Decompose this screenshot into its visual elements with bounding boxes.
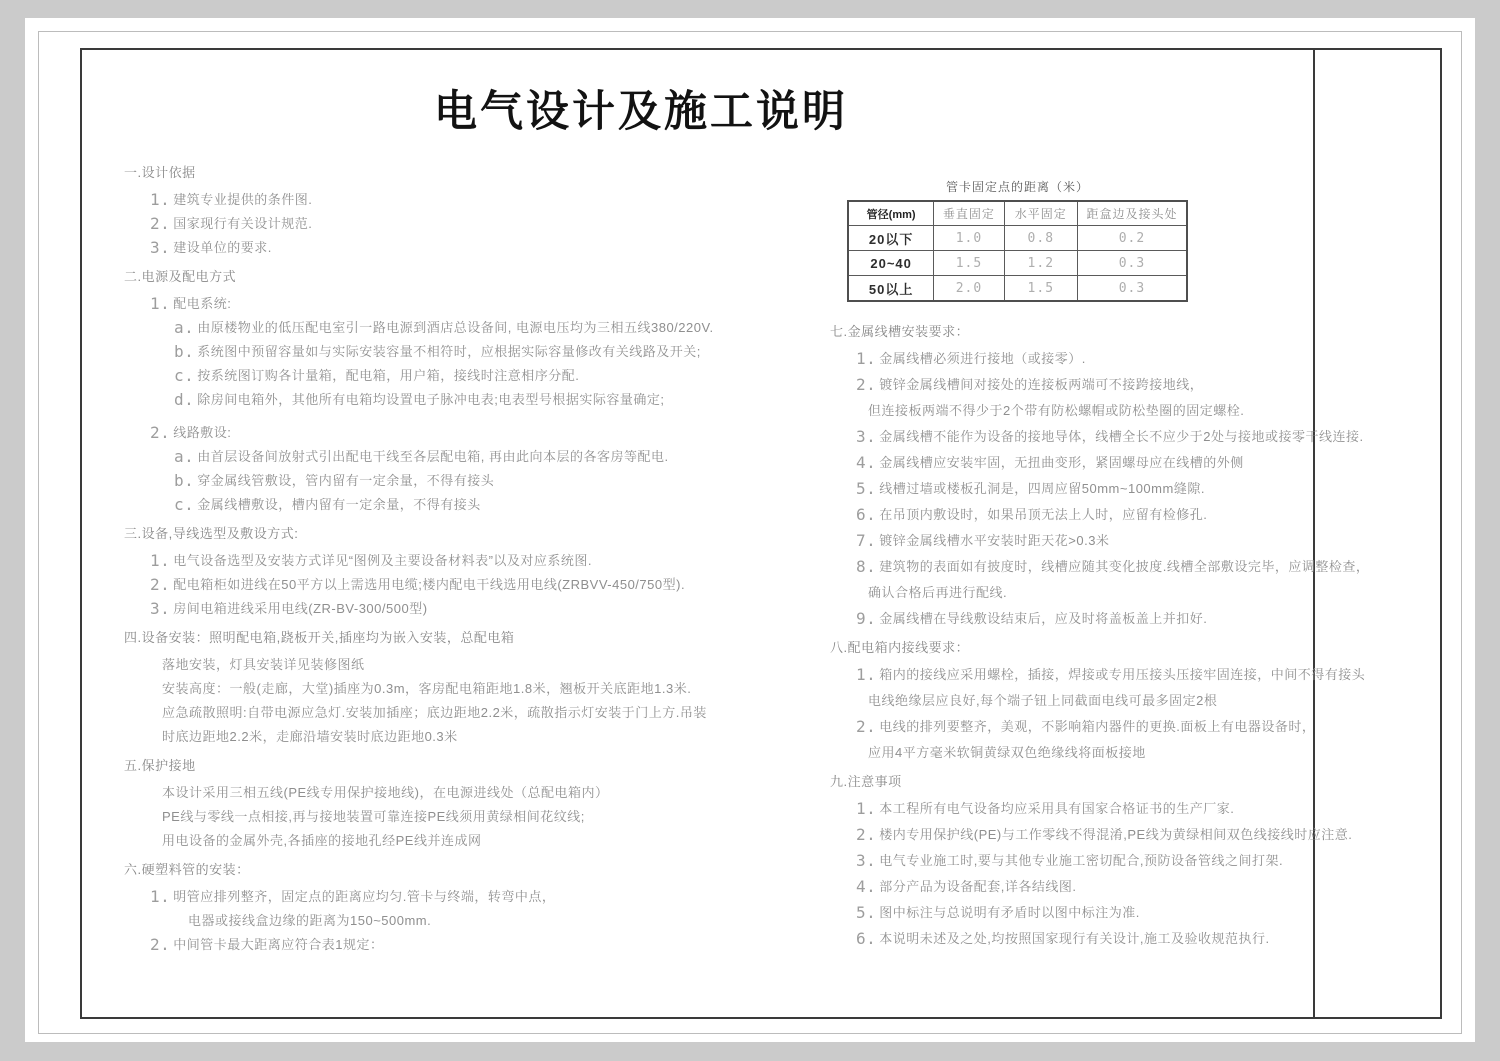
note-text: 图中标注与总说明有矛盾时以图中标注为准. — [879, 905, 1140, 920]
note-line: 应用4平方毫米软铜黄绿双色绝缘线将面板接地 — [868, 745, 1305, 760]
page-title: 电气设计及施工说明 — [434, 78, 848, 139]
note-line: 2.镀锌金属线槽间对接处的连接板两端可不接跨接地线， — [856, 377, 1305, 392]
note-line: 1.本工程所有电气设备均应采用具有国家合格证书的生产厂家. — [856, 801, 1305, 816]
item-number: 2. — [150, 423, 170, 442]
note-text: 国家现行有关设计规范. — [173, 216, 312, 231]
note-text: 用电设备的金属外壳,各插座的接地孔经PE线并连成网 — [162, 833, 481, 848]
item-number: 7. — [856, 531, 876, 550]
note-text: 金属线槽应安装牢固，无扭曲变形，紧固螺母应在线槽的外侧 — [879, 455, 1244, 470]
item-number: 2. — [856, 825, 876, 844]
item-number: 2. — [856, 375, 876, 394]
note-line: 2.电线的排列要整齐，美观，不影响箱内器件的更换.面板上有电器设备时， — [856, 719, 1305, 734]
table-row: 20以下 1.0 0.8 0.2 — [849, 225, 1186, 250]
note-text: 穿金属线管敷设，管内留有一定余量，不得有接头 — [197, 473, 494, 488]
item-number: 1. — [150, 190, 170, 209]
item-number: 6. — [856, 929, 876, 948]
note-text: 时底边距地2.2米，走廊沿墙安装时底边距地0.3米 — [162, 729, 458, 744]
note-text: 镀锌金属线槽间对接处的连接板两端可不接跨接地线， — [879, 377, 1203, 392]
note-text: 中间管卡最大距离应符合表1规定： — [173, 937, 383, 952]
note-line: 2.中间管卡最大距离应符合表1规定： — [150, 937, 794, 952]
section-metal-trunking: 七.金属线槽安装要求： 1.金属线槽必须进行接地（或接零）. 2.镀锌金属线槽间… — [830, 324, 1305, 626]
table-header-row: 管径(mm) 垂直固定 水平固定 距盒边及接头处 — [849, 202, 1186, 225]
note-text: 配电箱柜如进线在50平方以上需选用电缆;楼内配电干线选用电线(ZRBVV-450… — [173, 577, 685, 592]
note-line: 安装高度：一般(走廊，大堂)插座为0.3m，客房配电箱距地1.8米，翘板开关底距… — [162, 681, 794, 696]
item-number: 1. — [856, 799, 876, 818]
note-line: 4.金属线槽应安装牢固，无扭曲变形，紧固螺母应在线槽的外侧 — [856, 455, 1305, 470]
note-text: 建筑专业提供的条件图. — [173, 192, 312, 207]
section-heading: 三.设备,导线选型及敷设方式: — [124, 526, 794, 541]
note-text: 电气专业施工时,要与其他专业施工密切配合,预防设备管线之间打架. — [879, 853, 1283, 868]
note-text: 明管应排列整齐，固定点的距离应均匀.管卡与终端，转弯中点， — [173, 889, 555, 904]
item-number: 6. — [856, 505, 876, 524]
item-number: 2. — [150, 575, 170, 594]
item-number: 3. — [150, 238, 170, 257]
note-line: a.由首层设备间放射式引出配电干线至各层配电箱, 再由此向本层的各客房等配电. — [174, 449, 794, 464]
title-block-divider — [1313, 50, 1315, 1017]
item-number: 1. — [856, 665, 876, 684]
section-heading: 五.保护接地 — [124, 758, 794, 773]
note-line: b.穿金属线管敷设，管内留有一定余量，不得有接头 — [174, 473, 794, 488]
note-text: 系统图中预留容量如与实际安装容量不相符时，应根据实际容量修改有关线路及开关; — [197, 344, 701, 359]
note-text: 金属线槽敷设，槽内留有一定余量，不得有接头 — [197, 497, 481, 512]
note-text: 电气设备选型及安装方式详见“图例及主要设备材料表”以及对应系统图. — [173, 553, 592, 568]
note-line: 2.线路敷设: — [150, 425, 794, 440]
item-number: c. — [174, 495, 194, 514]
note-line: 5.图中标注与总说明有矛盾时以图中标注为准. — [856, 905, 1305, 920]
section-heading: 六.硬塑料管的安装： — [124, 862, 794, 877]
note-text: PE线与零线一点相接,再与接地装置可靠连接PE线须用黄绿相间花纹线; — [162, 809, 585, 824]
section-heading: 七.金属线槽安装要求： — [830, 324, 1305, 339]
item-number: b. — [174, 471, 194, 490]
section-precautions: 九.注意事项 1.本工程所有电气设备均应采用具有国家合格证书的生产厂家. 2.楼… — [830, 774, 1305, 946]
note-text: 安装高度：一般(走廊，大堂)插座为0.3m，客房配电箱距地1.8米，翘板开关底距… — [162, 681, 691, 696]
note-line: 本设计采用三相五线(PE线专用保护接地线)，在电源进线处（总配电箱内） — [162, 785, 794, 800]
table-cell-vertical: 1.5 — [933, 251, 1003, 275]
note-line: 落地安装，灯具安装详见装修图纸 — [162, 657, 794, 672]
note-line: d.除房间电箱外，其他所有电箱均设置电子脉冲电表;电表型号根据实际容量确定; — [174, 392, 794, 407]
item-number: 2. — [856, 717, 876, 736]
note-line: 6.在吊顶内敷设时，如果吊顶无法上人时，应留有检修孔. — [856, 507, 1305, 522]
note-text: 本说明未述及之处,均按照国家现行有关设计,施工及验收规范执行. — [879, 931, 1269, 946]
note-text: 线槽过墙或楼板孔洞是，四周应留50mm~100mm缝隙. — [879, 481, 1205, 496]
item-number: 5. — [856, 903, 876, 922]
item-number: 5. — [856, 479, 876, 498]
item-number: 3. — [856, 851, 876, 870]
note-text: 除房间电箱外，其他所有电箱均设置电子脉冲电表;电表型号根据实际容量确定; — [197, 392, 664, 407]
note-text: 电线的排列要整齐，美观，不影响箱内器件的更换.面板上有电器设备时， — [879, 719, 1315, 734]
table-row: 20~40 1.5 1.2 0.3 — [849, 250, 1186, 275]
item-number: 1. — [150, 294, 170, 313]
note-line: 2.国家现行有关设计规范. — [150, 216, 794, 231]
note-line: 3.房间电箱进线采用电线(ZR-BV-300/500型) — [150, 601, 794, 616]
note-line: 5.线槽过墙或楼板孔洞是，四周应留50mm~100mm缝隙. — [856, 481, 1305, 496]
item-number: 2. — [150, 214, 170, 233]
note-line: 2.配电箱柜如进线在50平方以上需选用电缆;楼内配电干线选用电线(ZRBVV-4… — [150, 577, 794, 592]
left-column: 一.设计依据 1.建筑专业提供的条件图. 2.国家现行有关设计规范. 3.建设单… — [124, 165, 794, 966]
note-text: 部分产品为设备配套,详各结线图. — [879, 879, 1076, 894]
table-cell-horizontal: 0.8 — [1004, 226, 1077, 250]
note-text: 箱内的接线应采用螺栓，插接，焊接或专用压接头压接牢固连接，中间不得有接头 — [879, 667, 1365, 682]
table-cell-diameter: 20~40 — [849, 251, 933, 275]
table-header-cell: 水平固定 — [1004, 202, 1077, 225]
note-text: 电器或接线盒边缘的距离为150~500mm. — [188, 913, 431, 928]
section-equipment-installation: 四.设备安装：照明配电箱,跷板开关,插座均为嵌入安装，总配电箱 落地安装，灯具安… — [124, 630, 794, 744]
note-text: 落地安装，灯具安装详见装修图纸 — [162, 657, 365, 672]
section-power-distribution: 二.电源及配电方式 1.配电系统: a.由原楼物业的低压配电室引一路电源到酒店总… — [124, 269, 794, 512]
pipe-clamp-distance-table: 管卡固定点的距离（米） 管径(mm) 垂直固定 水平固定 距盒边及接头处 20以… — [847, 178, 1188, 302]
section-heading: 二.电源及配电方式 — [124, 269, 794, 284]
note-text: 配电系统: — [173, 296, 231, 311]
table-cell-vertical: 2.0 — [933, 276, 1003, 300]
note-text: 线路敷设: — [173, 425, 231, 440]
note-text: 按系统图订购各计量箱，配电箱，用户箱，接线时注意相序分配. — [197, 368, 579, 383]
table-cell-box-edge: 0.3 — [1077, 276, 1186, 300]
drawing-sheet: 电气设计及施工说明 一.设计依据 1.建筑专业提供的条件图. 2.国家现行有关设… — [25, 18, 1475, 1042]
section-panel-wiring: 八.配电箱内接线要求： 1.箱内的接线应采用螺栓，插接，焊接或专用压接头压接牢固… — [830, 640, 1305, 760]
note-text: 楼内专用保护线(PE)与工作零线不得混淆,PE线为黄绿相间双色线接线时应注意. — [879, 827, 1352, 842]
section-heading: 一.设计依据 — [124, 165, 794, 180]
table-cell-diameter: 50以上 — [849, 276, 933, 300]
section-heading: 四.设备安装：照明配电箱,跷板开关,插座均为嵌入安装，总配电箱 — [124, 630, 794, 645]
note-line: 1.明管应排列整齐，固定点的距离应均匀.管卡与终端，转弯中点， — [150, 889, 794, 904]
table-header-cell: 管径(mm) — [849, 202, 933, 225]
note-text: 但连接板两端不得少于2个带有防松螺帽或防松垫圈的固定螺栓. — [868, 403, 1244, 418]
item-number: a. — [174, 318, 194, 337]
note-line: 时底边距地2.2米，走廊沿墙安装时底边距地0.3米 — [162, 729, 794, 744]
item-number: 1. — [150, 887, 170, 906]
section-heading: 八.配电箱内接线要求： — [830, 640, 1305, 655]
note-text: 建筑物的表面如有披度时，线槽应随其变化披度.线槽全部敷设完毕，应调整检查， — [879, 559, 1369, 574]
table-cell-horizontal: 1.2 — [1004, 251, 1077, 275]
section-rigid-plastic-conduit: 六.硬塑料管的安装： 1.明管应排列整齐，固定点的距离应均匀.管卡与终端，转弯中… — [124, 862, 794, 952]
note-line: 1.箱内的接线应采用螺栓，插接，焊接或专用压接头压接牢固连接，中间不得有接头 — [856, 667, 1305, 682]
item-number: 8. — [856, 557, 876, 576]
note-text: 金属线槽在导线敷设结束后，应及时将盖板盖上并扣好. — [879, 611, 1207, 626]
item-number: 1. — [856, 349, 876, 368]
note-line: 用电设备的金属外壳,各插座的接地孔经PE线并连成网 — [162, 833, 794, 848]
note-text: 房间电箱进线采用电线(ZR-BV-300/500型) — [173, 601, 427, 616]
section-protective-earthing: 五.保护接地 本设计采用三相五线(PE线专用保护接地线)，在电源进线处（总配电箱… — [124, 758, 794, 848]
note-line: 电器或接线盒边缘的距离为150~500mm. — [188, 913, 794, 928]
note-text: 本设计采用三相五线(PE线专用保护接地线)，在电源进线处（总配电箱内） — [162, 785, 609, 800]
note-line: 但连接板两端不得少于2个带有防松螺帽或防松垫圈的固定螺栓. — [868, 403, 1305, 418]
section-equipment-wire-selection: 三.设备,导线选型及敷设方式: 1.电气设备选型及安装方式详见“图例及主要设备材… — [124, 526, 794, 616]
item-number: a. — [174, 447, 194, 466]
note-line: 9.金属线槽在导线敷设结束后，应及时将盖板盖上并扣好. — [856, 611, 1305, 626]
table-cell-box-edge: 0.3 — [1077, 251, 1186, 275]
item-number: 3. — [856, 427, 876, 446]
table-cell-diameter: 20以下 — [849, 226, 933, 250]
note-line: 8.建筑物的表面如有披度时，线槽应随其变化披度.线槽全部敷设完毕，应调整检查， — [856, 559, 1305, 574]
section-design-basis: 一.设计依据 1.建筑专业提供的条件图. 2.国家现行有关设计规范. 3.建设单… — [124, 165, 794, 255]
note-text: 镀锌金属线槽水平安装时距天花>0.3米 — [879, 533, 1109, 548]
table-cell-horizontal: 1.5 — [1004, 276, 1077, 300]
note-line: PE线与零线一点相接,再与接地装置可靠连接PE线须用黄绿相间花纹线; — [162, 809, 794, 824]
note-text: 在吊顶内敷设时，如果吊顶无法上人时，应留有检修孔. — [879, 507, 1207, 522]
note-line: c.按系统图订购各计量箱，配电箱，用户箱，接线时注意相序分配. — [174, 368, 794, 383]
note-line: 1.建筑专业提供的条件图. — [150, 192, 794, 207]
table-row: 50以上 2.0 1.5 0.3 — [849, 275, 1186, 300]
item-number: 3. — [150, 599, 170, 618]
note-text: 建设单位的要求. — [173, 240, 272, 255]
note-line: 1.配电系统: — [150, 296, 794, 311]
note-line: 3.电气专业施工时,要与其他专业施工密切配合,预防设备管线之间打架. — [856, 853, 1305, 868]
note-line: 6.本说明未述及之处,均按照国家现行有关设计,施工及验收规范执行. — [856, 931, 1305, 946]
item-number: 9. — [856, 609, 876, 628]
note-text: 金属线槽必须进行接地（或接零）. — [879, 351, 1086, 366]
table-cell-vertical: 1.0 — [933, 226, 1003, 250]
note-text: 应急疏散照明:自带电源应急灯.安装加插座；底边距地2.2米，疏散指示灯安装于门上… — [162, 705, 707, 720]
note-line: 1.金属线槽必须进行接地（或接零）. — [856, 351, 1305, 366]
note-line: 应急疏散照明:自带电源应急灯.安装加插座；底边距地2.2米，疏散指示灯安装于门上… — [162, 705, 794, 720]
note-line: a.由原楼物业的低压配电室引一路电源到酒店总设备间, 电源电压均为三相五线380… — [174, 320, 794, 335]
item-number: 4. — [856, 877, 876, 896]
table-grid: 管径(mm) 垂直固定 水平固定 距盒边及接头处 20以下 1.0 0.8 0.… — [847, 200, 1188, 302]
table-header-cell: 垂直固定 — [933, 202, 1003, 225]
note-text: 电线绝缘层应良好,每个端子钮上同截面电线可最多固定2根 — [868, 693, 1217, 708]
drawing-frame: 电气设计及施工说明 一.设计依据 1.建筑专业提供的条件图. 2.国家现行有关设… — [80, 48, 1442, 1019]
note-text: 确认合格后再进行配线. — [868, 585, 1007, 600]
table-header-cell: 距盒边及接头处 — [1077, 202, 1186, 225]
item-number: d. — [174, 390, 194, 409]
note-line: 3.建设单位的要求. — [150, 240, 794, 255]
table-cell-box-edge: 0.2 — [1077, 226, 1186, 250]
note-line: c.金属线槽敷设，槽内留有一定余量，不得有接头 — [174, 497, 794, 512]
item-number: b. — [174, 342, 194, 361]
note-text: 由首层设备间放射式引出配电干线至各层配电箱, 再由此向本层的各客房等配电. — [197, 449, 668, 464]
note-line: 3.金属线槽不能作为设备的接地导体，线槽全长不应少于2处与接地或接零干线连接. — [856, 429, 1305, 444]
section-heading: 九.注意事项 — [830, 774, 1305, 789]
item-number: 2. — [150, 935, 170, 954]
item-number: 1. — [150, 551, 170, 570]
note-line: 7.镀锌金属线槽水平安装时距天花>0.3米 — [856, 533, 1305, 548]
note-line: 确认合格后再进行配线. — [868, 585, 1305, 600]
note-line: 2.楼内专用保护线(PE)与工作零线不得混淆,PE线为黄绿相间双色线接线时应注意… — [856, 827, 1305, 842]
note-line: b.系统图中预留容量如与实际安装容量不相符时，应根据实际容量修改有关线路及开关; — [174, 344, 794, 359]
item-number: 4. — [856, 453, 876, 472]
note-text: 本工程所有电气设备均应采用具有国家合格证书的生产厂家. — [879, 801, 1234, 816]
table-title: 管卡固定点的距离（米） — [847, 178, 1188, 195]
item-number: c. — [174, 366, 194, 385]
note-text: 由原楼物业的低压配电室引一路电源到酒店总设备间, 电源电压均为三相五线380/2… — [197, 320, 713, 335]
right-column: 管卡固定点的距离（米） 管径(mm) 垂直固定 水平固定 距盒边及接头处 20以… — [830, 178, 1305, 960]
note-line: 电线绝缘层应良好,每个端子钮上同截面电线可最多固定2根 — [868, 693, 1305, 708]
note-text: 金属线槽不能作为设备的接地导体，线槽全长不应少于2处与接地或接零干线连接. — [879, 429, 1363, 444]
note-text: 应用4平方毫米软铜黄绿双色绝缘线将面板接地 — [868, 745, 1146, 760]
note-line: 4.部分产品为设备配套,详各结线图. — [856, 879, 1305, 894]
note-line: 1.电气设备选型及安装方式详见“图例及主要设备材料表”以及对应系统图. — [150, 553, 794, 568]
